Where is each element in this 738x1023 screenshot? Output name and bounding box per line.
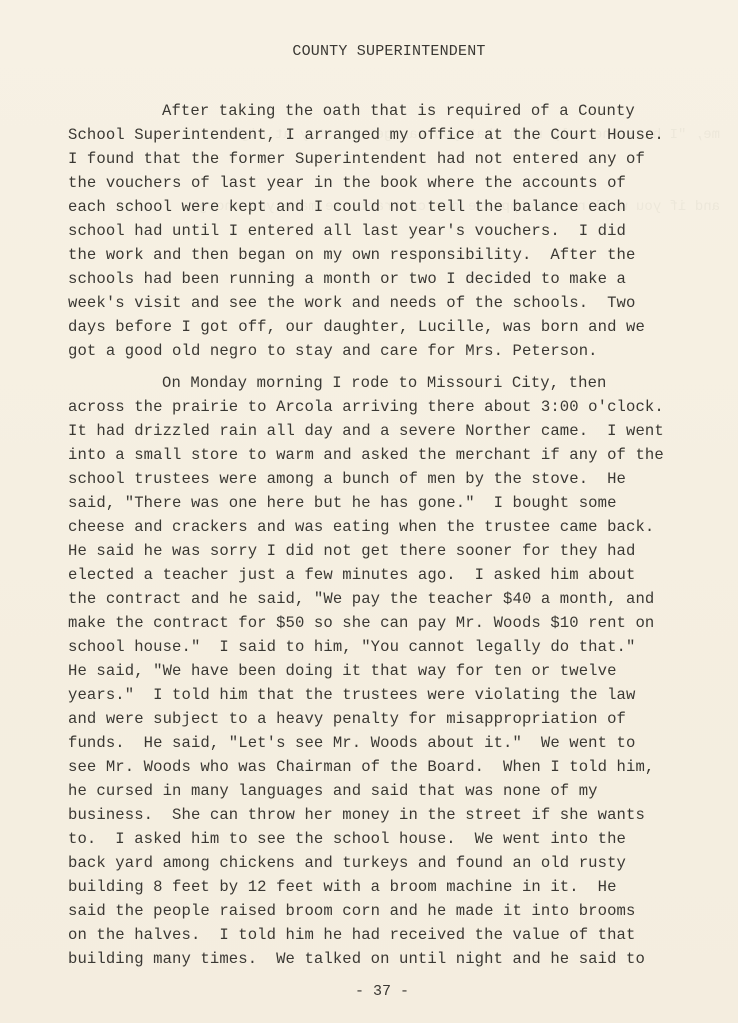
text-line: the contract and he said, "We pay the te… [68,587,708,611]
text-line: see Mr. Woods who was Chairman of the Bo… [68,755,708,779]
text-line: week's visit and see the work and needs … [68,291,708,315]
text-line: It had drizzled rain all day and a sever… [68,419,708,443]
text-line: the work and then began on my own respon… [68,243,708,267]
text-line: schools had been running a month or two … [68,267,708,291]
text-line: cheese and crackers and was eating when … [68,515,708,539]
text-line: got a good old negro to stay and care fo… [68,339,708,363]
text-line: school trustees were among a bunch of me… [68,467,708,491]
text-line: School Superintendent, I arranged my off… [68,123,708,147]
text-line: building 8 feet by 12 feet with a broom … [68,875,708,899]
document-body: After taking the oath that is required o… [68,99,708,971]
page-number: - 37 - [0,983,738,1000]
text-line: After taking the oath that is required o… [68,99,708,123]
text-line: He said, "We have been doing it that way… [68,659,708,683]
text-line: He said he was sorry I did not get there… [68,539,708,563]
text-line: into a small store to warm and asked the… [68,443,708,467]
text-line: the vouchers of last year in the book wh… [68,171,708,195]
text-line: On Monday morning I rode to Missouri Cit… [68,371,708,395]
text-line: funds. He said, "Let's see Mr. Woods abo… [68,731,708,755]
text-line: on the halves. I told him he had receive… [68,923,708,947]
text-line: elected a teacher just a few minutes ago… [68,563,708,587]
document-page: me, "I have the only room that you can g… [0,0,738,1023]
text-line: business. She can throw her money in the… [68,803,708,827]
text-line: school house." I said to him, "You canno… [68,635,708,659]
text-line: days before I got off, our daughter, Luc… [68,315,708,339]
text-line: and were subject to a heavy penalty for … [68,707,708,731]
text-line: each school were kept and I could not te… [68,195,708,219]
text-line: years." I told him that the trustees wer… [68,683,708,707]
paragraph-1: After taking the oath that is required o… [68,99,708,363]
text-line: he cursed in many languages and said tha… [68,779,708,803]
paragraph-2: On Monday morning I rode to Missouri Cit… [68,371,708,971]
text-line: across the prairie to Arcola arriving th… [68,395,708,419]
text-line: said the people raised broom corn and he… [68,899,708,923]
text-line: building many times. We talked on until … [68,947,708,971]
text-line: said, "There was one here but he has gon… [68,491,708,515]
text-line: make the contract for $50 so she can pay… [68,611,708,635]
text-line: back yard among chickens and turkeys and… [68,851,708,875]
text-line: to. I asked him to see the school house.… [68,827,708,851]
page-title: COUNTY SUPERINTENDENT [0,43,738,60]
text-line: school had until I entered all last year… [68,219,708,243]
text-line: I found that the former Superintendent h… [68,147,708,171]
